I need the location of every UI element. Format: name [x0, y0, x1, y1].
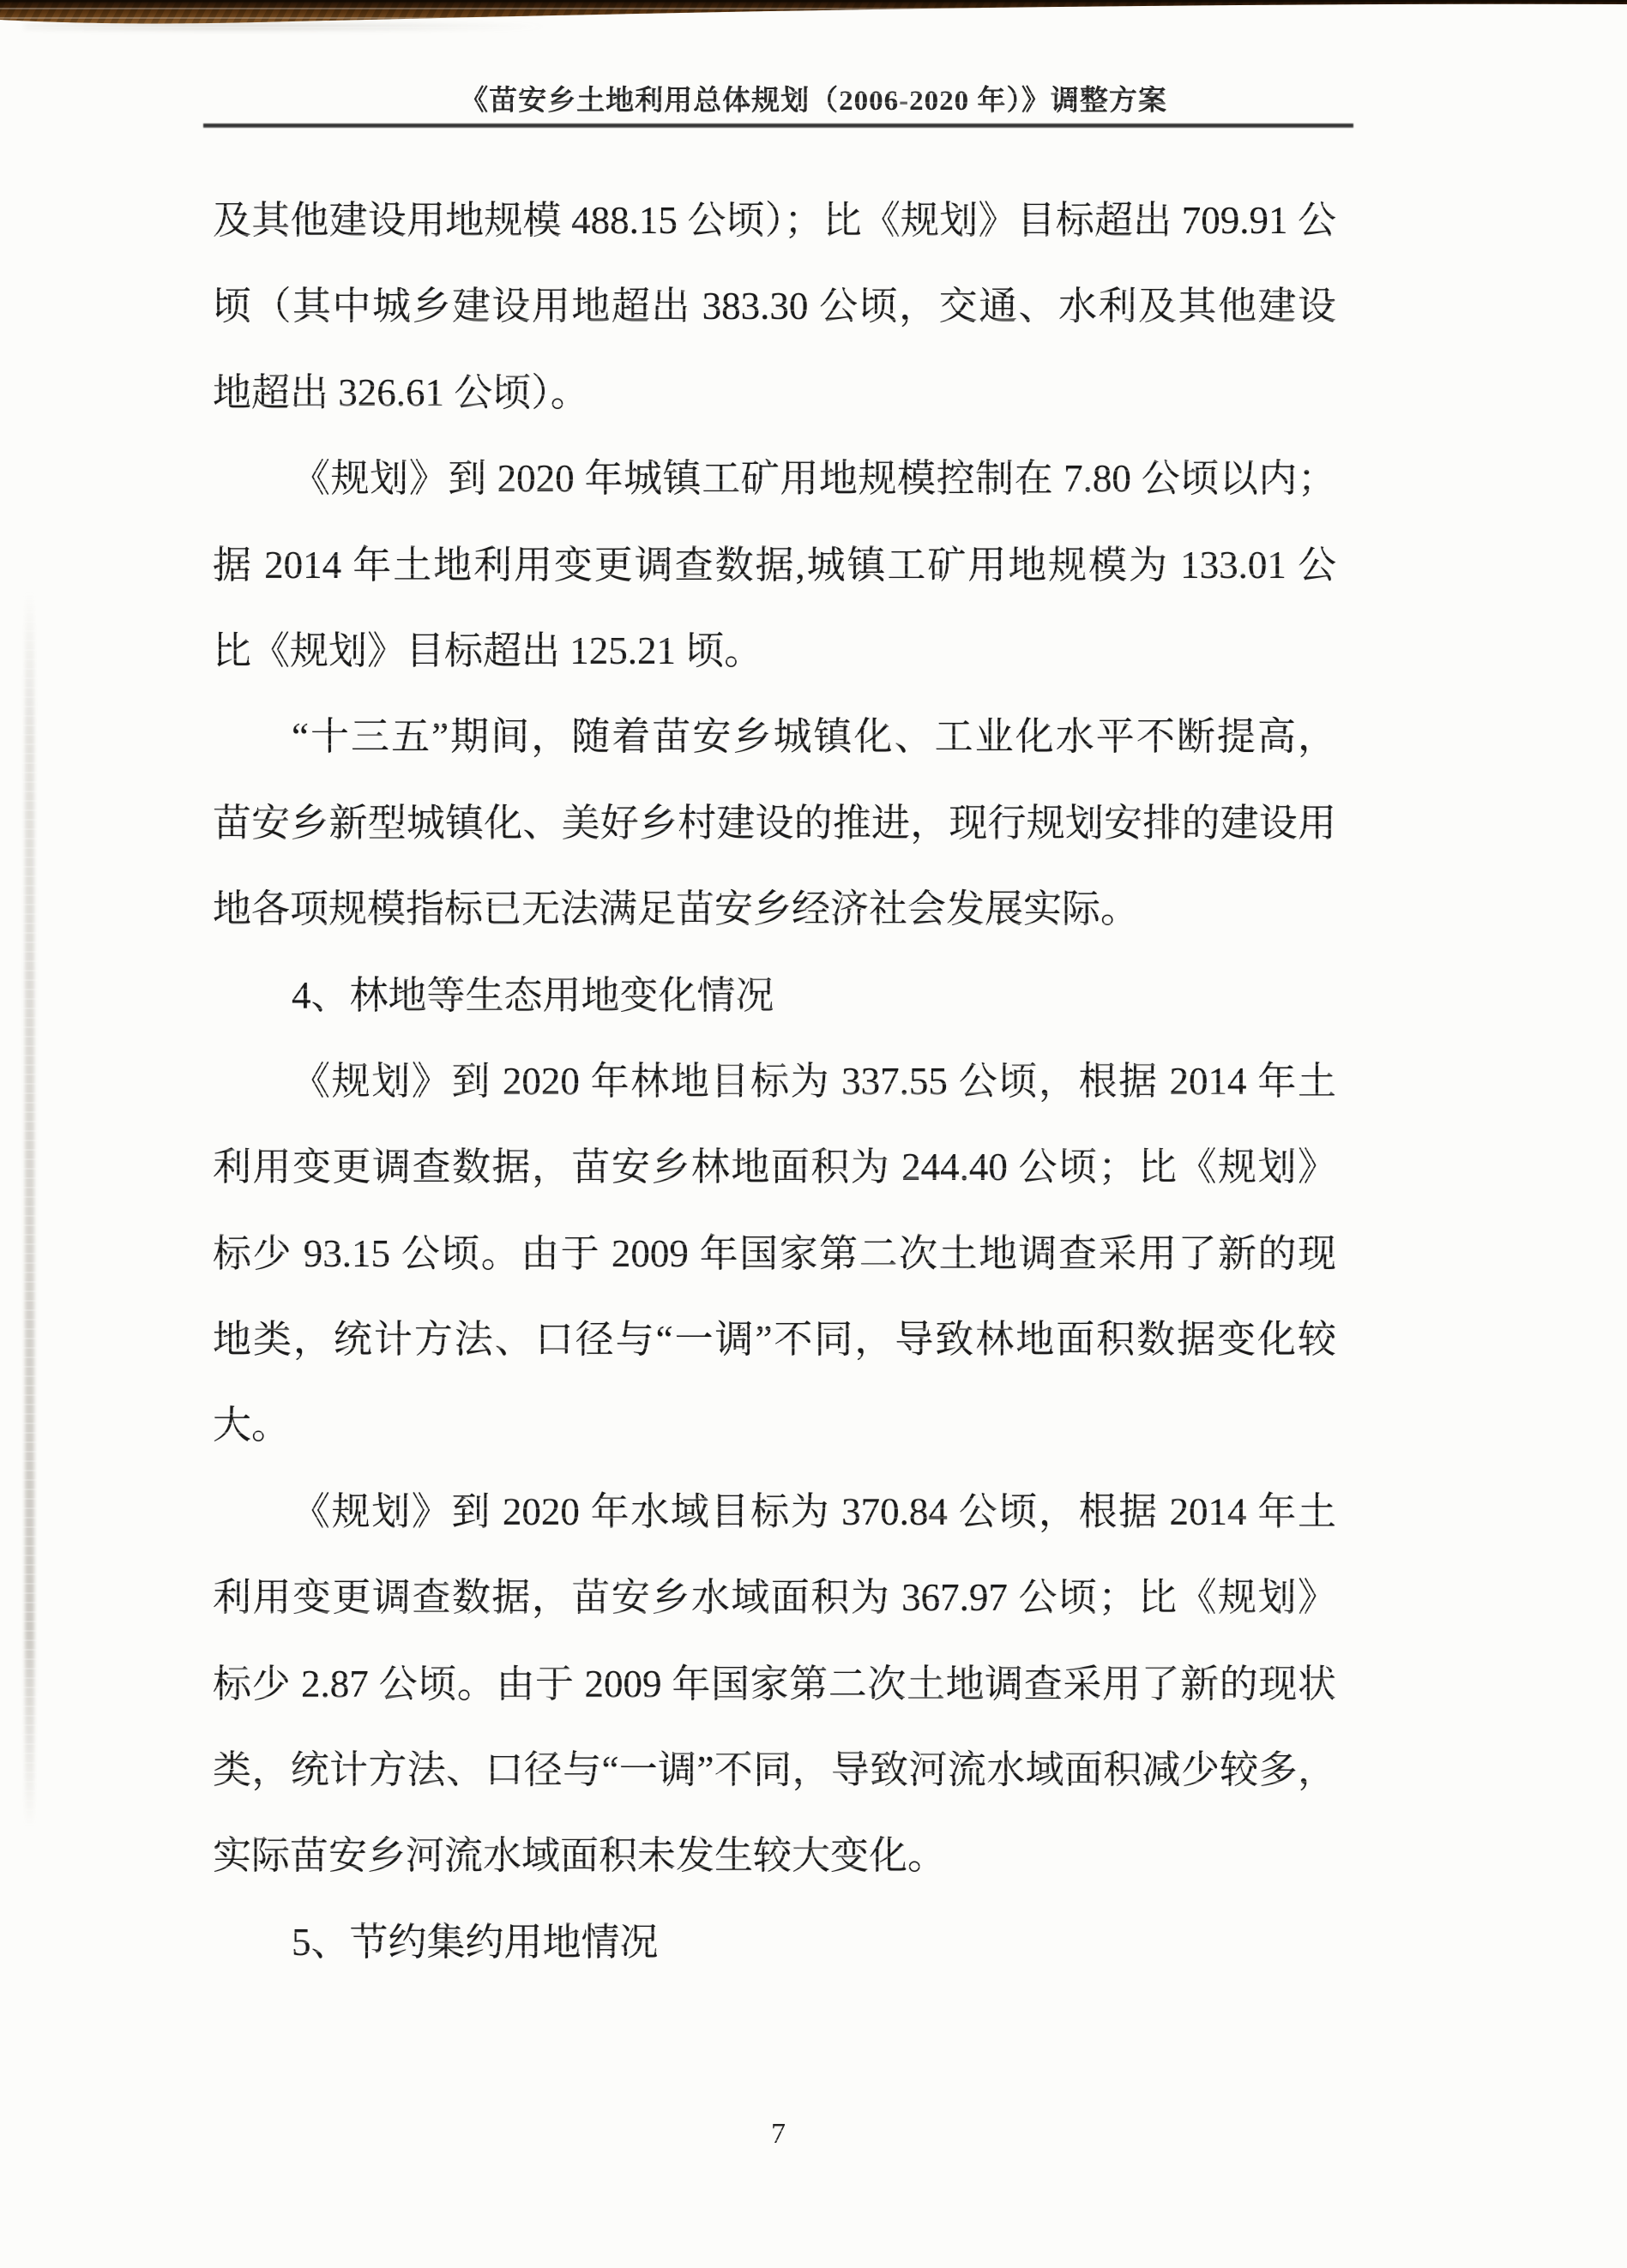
body-line: 地类，统计方法、口径与“一调”不同，导致林地面积数据变化较 — [213, 1296, 1336, 1382]
page-number: 7 — [0, 2116, 1557, 2152]
body-line: “十三五”期间，随着苗安乡城镇化、工业化水平不断提高， — [213, 694, 1336, 779]
body-line: 标少 2.87 公顷。由于 2009 年国家第二次土地调查采用了新的现状地 — [213, 1641, 1336, 1727]
body-line: 比《规划》目标超出 125.21 顷。 — [213, 608, 1336, 694]
body-line: 类，统计方法、口径与“一调”不同，导致河流水域面积减少较多， — [213, 1727, 1336, 1813]
body-line: 大。 — [213, 1382, 1336, 1468]
scan-edge-artifact — [0, 0, 1627, 36]
scan-streak-artifact — [25, 592, 34, 1826]
body-line: 苗安乡新型城镇化、美好乡村建设的推进，现行规划安排的建设用 — [213, 780, 1336, 866]
scanned-document-page: 《苗安乡土地利用总体规划（2006-2020 年）》调整方案 及其他建设用地规模… — [0, 0, 1627, 2268]
body-line: 利用变更调查数据，苗安乡林地面积为 244.40 公顷；比《规划》目 — [213, 1124, 1336, 1210]
body-line: 利用变更调查数据，苗安乡水域面积为 367.97 公顷；比《规划》目 — [213, 1555, 1336, 1640]
body-line: 地各项规模指标已无法满足苗安乡经济社会发展实际。 — [213, 866, 1336, 952]
body-heading-5: 5、节约集约用地情况 — [213, 1899, 1336, 1985]
body-line: 标少 93.15 公顷。由于 2009 年国家第二次土地调查采用了新的现状 — [213, 1211, 1336, 1296]
body-line: 及其他建设用地规模 488.15 公顷）；比《规划》目标超出 709.91 公 — [213, 177, 1336, 263]
document-header-title: 《苗安乡土地利用总体规划（2006-2020 年）》调整方案 — [0, 81, 1627, 121]
header-rule — [203, 123, 1353, 128]
body-line: 《规划》到 2020 年城镇工矿用地规模控制在 7.80 公顷以内；根 — [213, 436, 1336, 521]
document-body: 及其他建设用地规模 488.15 公顷）；比《规划》目标超出 709.91 公 … — [213, 177, 1336, 1985]
body-heading-4: 4、林地等生态用地变化情况 — [213, 953, 1336, 1038]
scan-band-shadow-artifact — [24, 21, 556, 32]
body-line: 顷（其中城乡建设用地超出 383.30 公顷，交通、水利及其他建设用 — [213, 263, 1336, 349]
body-line: 地超出 326.61 公顷）。 — [213, 350, 1336, 436]
body-line: 据 2014 年土地利用变更调查数据,城镇工矿用地规模为 133.01 公顷； — [213, 522, 1336, 608]
body-line: 《规划》到 2020 年林地目标为 337.55 公顷，根据 2014 年土地 — [213, 1038, 1336, 1124]
body-line: 实际苗安乡河流水域面积未发生较大变化。 — [213, 1813, 1336, 1898]
body-line: 《规划》到 2020 年水域目标为 370.84 公顷，根据 2014 年土地 — [213, 1469, 1336, 1555]
